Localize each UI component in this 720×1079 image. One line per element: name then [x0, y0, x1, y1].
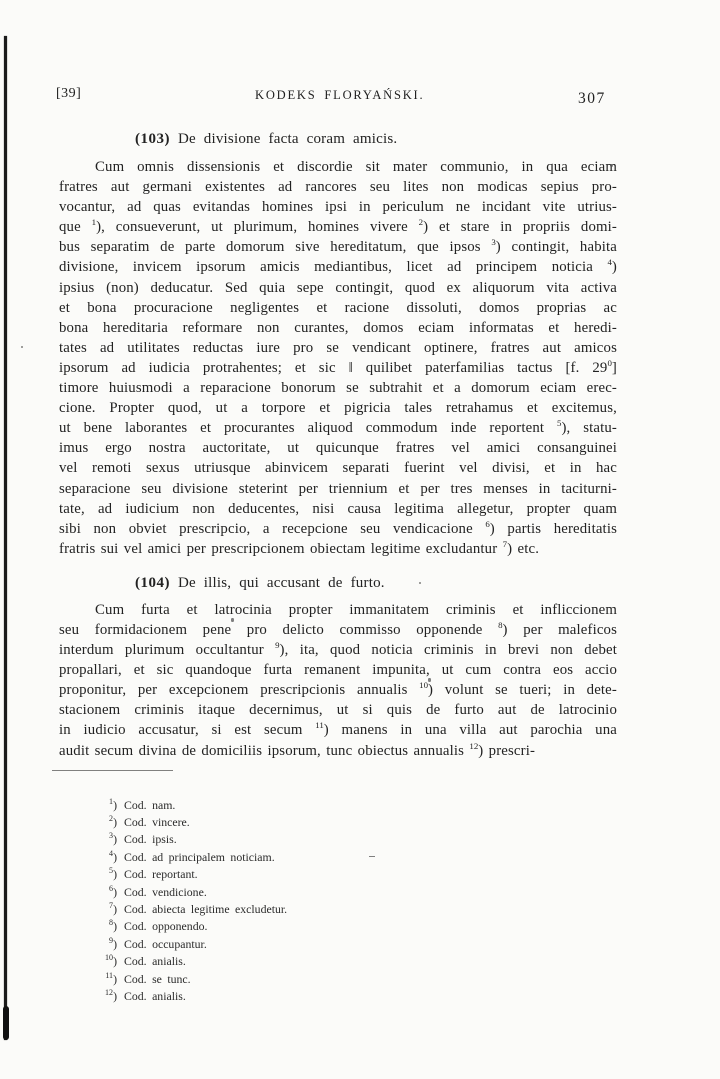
footnote-marker: 4) — [97, 849, 117, 866]
text-line: ipsorum ad iudicia protrahentes; et sic … — [59, 358, 617, 378]
footnote-text: Cod. opponendo. — [124, 919, 207, 933]
text-line: tates ad utilitates reductas iure pro se… — [59, 338, 617, 358]
text-line: et bona procuracione negligentes et raci… — [59, 298, 617, 318]
footnote-item: 10)Cod. anialis. — [97, 953, 617, 970]
footnote-text: Cod. nam. — [124, 798, 175, 812]
chapter-number: (104) — [135, 575, 170, 591]
ink-speck — [231, 618, 234, 622]
chapter: (103) De divisione facta coram amicis. C… — [59, 129, 617, 559]
text-line: propallari, et sic quandoque furta reman… — [59, 660, 617, 680]
chapter-body: Cum furta et latrocinia propter immanita… — [59, 600, 617, 761]
footnote-item: 11)Cod. se tunc. — [97, 971, 617, 988]
chapters: (103) De divisione facta coram amicis. C… — [59, 129, 617, 761]
footnote-text: Cod. ad principalem noticiam. — [124, 850, 275, 864]
text-line: audit secum divina de domiciliis ipsorum… — [59, 741, 617, 761]
footnote-item: 7)Cod. abiecta legitime excludetur. — [97, 901, 617, 918]
text-line: vel remoti sexus utriusque abinvicem sep… — [59, 458, 617, 478]
chapter-heading: (104) De illis, qui accusant de furto. — [135, 573, 617, 593]
chapter-title: De divisione facta coram amicis. — [178, 131, 397, 147]
text-line: stacionem criminis itaque decernimus, ut… — [59, 700, 617, 720]
ink-speck — [428, 678, 431, 682]
footnote-text: Cod. abiecta legitime excludetur. — [124, 902, 287, 916]
footnote-marker: 5) — [97, 866, 117, 883]
footnotes: 1)Cod. nam. 2)Cod. vincere. 3)Cod. ipsis… — [97, 797, 617, 1006]
footnote-text: Cod. ipsis. — [124, 832, 177, 846]
footnote-text: Cod. anialis. — [124, 989, 186, 1003]
footnote-marker: 1) — [97, 797, 117, 814]
footnote-marker: 6) — [97, 884, 117, 901]
binding-line-blob — [3, 1006, 9, 1040]
binding-line — [4, 36, 7, 1040]
footnote-item: 2)Cod. vincere. — [97, 814, 617, 831]
footnote-text: Cod. se tunc. — [124, 972, 191, 986]
chapter: (104) De illis, qui accusant de furto. C… — [59, 573, 617, 761]
text-line: bus separatim de parte domorum sive here… — [59, 237, 617, 257]
page-number: 307 — [578, 90, 606, 108]
text-line: imus ergo nostra auctoritate, ut quicunq… — [59, 438, 617, 458]
footnote-item: 9)Cod. occupantur. — [97, 936, 617, 953]
text-line: bona hereditaria reformare non curantes,… — [59, 318, 617, 338]
footnote-separator — [52, 770, 173, 771]
text-line: in iudicio accusatur, si est secum 11) m… — [59, 720, 617, 740]
footnote-text: Cod. reportant. — [124, 867, 198, 881]
footnote-text: Cod. vincere. — [124, 815, 190, 829]
text-line: Cum furta et latrocinia propter immanita… — [59, 600, 617, 620]
footnote-marker: 11) — [97, 971, 117, 988]
footnote-item: 8)Cod. opponendo. — [97, 918, 617, 935]
text-line: interdum plurimum occultantur 9), ita, q… — [59, 640, 617, 660]
running-title: KODEKS FLORYAŃSKI. — [255, 88, 424, 103]
footnote-item: 3)Cod. ipsis. — [97, 831, 617, 848]
text-line: sibi non obviet prescripcio, a recepcion… — [59, 519, 617, 539]
text-line: fratris sui vel amici per prescripcionem… — [59, 539, 617, 559]
text-line: tate, ad iudicium non deducentes, nisi c… — [59, 499, 617, 519]
footnote-item: 12)Cod. anialis. — [97, 988, 617, 1005]
text-line: ipsius (non) deducatur. Sed quia sepe co… — [59, 278, 617, 298]
text-line: separacione seu divisione steterint per … — [59, 479, 617, 499]
text-column: (103) De divisione facta coram amicis. C… — [59, 129, 617, 1006]
text-line: que 1), consueverunt, ut plurimum, homin… — [59, 217, 617, 237]
footnote-marker: 2) — [97, 814, 117, 831]
footnote-marker: 12) — [97, 988, 117, 1005]
chapter-heading: (103) De divisione facta coram amicis. — [135, 129, 617, 149]
footnote-marker: 9) — [97, 936, 117, 953]
ink-speck — [21, 346, 23, 348]
text-line: timore huiusmodi a reparacione bonorum s… — [59, 378, 617, 398]
chapter-number: (103) — [135, 131, 170, 147]
ink-speck — [369, 856, 375, 857]
text-line: proponitur, per excepcionem prescripcion… — [59, 680, 617, 700]
chapter-body: Cum omnis dissensionis et discordie sit … — [59, 157, 617, 559]
footnote-marker: 3) — [97, 831, 117, 848]
footnote-item: 1)Cod. nam. — [97, 797, 617, 814]
ink-speck — [610, 164, 613, 167]
text-line: Cum omnis dissensionis et discordie sit … — [59, 157, 617, 177]
footnote-marker: 7) — [97, 901, 117, 918]
text-line: seu formidacionem pene pro delicto commi… — [59, 620, 617, 640]
text-line: vocantur, ad quas evitandas homines ipsi… — [59, 197, 617, 217]
ink-speck — [419, 582, 421, 584]
chapter-title: De illis, qui accusant de furto. — [178, 575, 385, 591]
footnote-item: 5)Cod. reportant. — [97, 866, 617, 883]
folio-number: [39] — [56, 86, 81, 102]
footnote-text: Cod. vendicione. — [124, 885, 207, 899]
text-line: divisione, invicem ipsorum amicis median… — [59, 257, 617, 277]
text-line: ut bene laborantes et procurantes aliquo… — [59, 418, 617, 438]
footnote-item: 6)Cod. vendicione. — [97, 884, 617, 901]
text-line: fratres aut germani existentes ad rancor… — [59, 177, 617, 197]
scanned-book-page: [39] KODEKS FLORYAŃSKI. 307 (103) De div… — [0, 0, 720, 1079]
footnote-marker: 8) — [97, 918, 117, 935]
footnote-text: Cod. occupantur. — [124, 937, 207, 951]
footnote-text: Cod. anialis. — [124, 954, 186, 968]
footnote-marker: 10) — [97, 953, 117, 970]
text-line: cione. Propter quod, ut a torpore et pig… — [59, 398, 617, 418]
footnote-item: 4)Cod. ad principalem noticiam. — [97, 849, 617, 866]
